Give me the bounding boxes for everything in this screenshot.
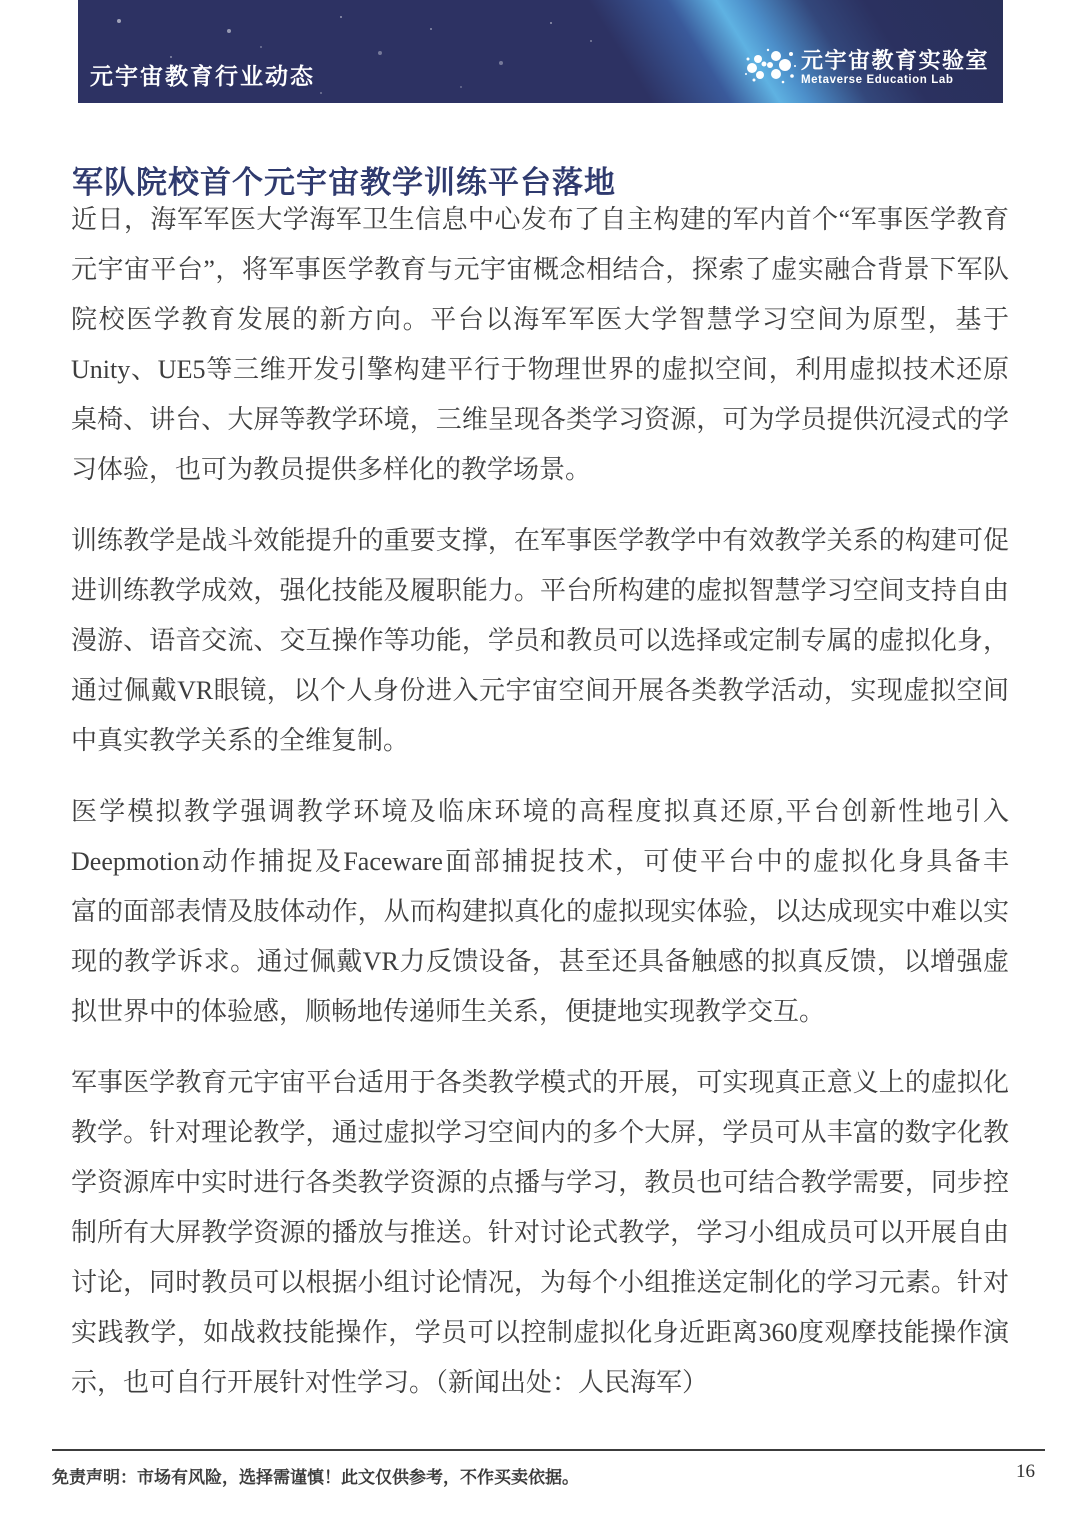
text-line: 元宇宙平台”，将军事医学教育与元宇宙概念相结合，探索了虚实融合背景下军队 [71, 245, 1009, 295]
text-line: 中真实教学关系的全维复制。 [71, 716, 1009, 766]
paragraph: 医学模拟教学强调教学环境及临床环境的高程度拟真还原,平台创新性地引入Deepmo… [71, 787, 1009, 1037]
article-body: 近日，海军军医大学海军卫生信息中心发布了自主构建的军内首个“军事医学教育元宇宙平… [71, 195, 1009, 1429]
paragraph: 近日，海军军医大学海军卫生信息中心发布了自主构建的军内首个“军事医学教育元宇宙平… [71, 195, 1009, 495]
text-line: 桌椅、讲台、大屏等教学环境，三维呈现各类学习资源，可为学员提供沉浸式的学 [71, 395, 1009, 445]
text-line: 学资源库中实时进行各类教学资源的点播与学习，教员也可结合教学需要，同步控 [71, 1158, 1009, 1208]
text-line: 制所有大屏教学资源的播放与推送。针对讨论式教学，学习小组成员可以开展自由 [71, 1208, 1009, 1258]
logo-name-en: Metaverse Education Lab [801, 75, 989, 87]
footer-disclaimer: 免责声明：市场有风险，选择需谨慎！此文仅供参考，不作买卖依据。 [52, 1463, 579, 1488]
text-line: 医学模拟教学强调教学环境及临床环境的高程度拟真还原,平台创新性地引入 [71, 787, 1009, 837]
header-banner: 元宇宙教育行业动态 [78, 0, 1003, 103]
header-section-label: 元宇宙教育行业动态 [90, 58, 315, 91]
text-line: 富的面部表情及肢体动作，从而构建拟真化的虚拟现实体验，以达成现实中难以实 [71, 887, 1009, 937]
text-line: 近日，海军军医大学海军卫生信息中心发布了自主构建的军内首个“军事医学教育 [71, 195, 1009, 245]
stars-decoration [78, 0, 80, 2]
text-line: 进训练教学成效，强化技能及履职能力。平台所构建的虚拟智慧学习空间支持自由 [71, 566, 1009, 616]
paragraph: 军事医学教育元宇宙平台适用于各类教学模式的开展，可实现真正意义上的虚拟化教学。针… [71, 1058, 1009, 1408]
footer-page-number: 16 [1016, 1461, 1035, 1483]
text-line: 拟世界中的体验感，顺畅地传递师生关系，便捷地实现教学交互。 [71, 987, 1009, 1037]
text-line: 教学。针对理论教学，通过虚拟学习空间内的多个大屏，学员可从丰富的数字化教 [71, 1108, 1009, 1158]
text-line: 院校医学教育发展的新方向。平台以海军军医大学智慧学习空间为原型，基于 [71, 295, 1009, 345]
text-line: 训练教学是战斗效能提升的重要支撑，在军事医学教学中有效教学关系的构建可促 [71, 516, 1009, 566]
text-line: 实践教学，如战救技能操作，学员可以控制虚拟化身近距离360度观摩技能操作演 [71, 1308, 1009, 1358]
text-line: 习体验，也可为教员提供多样化的教学场景。 [71, 445, 1009, 495]
logo: 元宇宙教育实验室 Metaverse Education Lab [745, 45, 989, 91]
text-line: 现的教学诉求。通过佩戴VR力反馈设备，甚至还具备触感的拟真反馈，以增强虚 [71, 937, 1009, 987]
text-line: Unity、UE5等三维开发引擎构建平行于物理世界的虚拟空间，利用虚拟技术还原 [71, 345, 1009, 395]
text-line: 示，也可自行开展针对性学习。（新闻出处：人民海军） [71, 1358, 1009, 1408]
paragraph: 训练教学是战斗效能提升的重要支撑，在军事医学教学中有效教学关系的构建可促进训练教… [71, 516, 1009, 766]
logo-text: 元宇宙教育实验室 Metaverse Education Lab [801, 50, 989, 87]
footer-divider [52, 1449, 1045, 1451]
text-line: 讨论，同时教员可以根据小组讨论情况，为每个小组推送定制化的学习元素。针对 [71, 1258, 1009, 1308]
text-line: 漫游、语音交流、交互操作等功能，学员和教员可以选择或定制专属的虚拟化身， [71, 616, 1009, 666]
text-line: 军事医学教育元宇宙平台适用于各类教学模式的开展，可实现真正意义上的虚拟化 [71, 1058, 1009, 1108]
text-line: 通过佩戴VR眼镜，以个人身份进入元宇宙空间开展各类教学活动，实现虚拟空间 [71, 666, 1009, 716]
logo-dots-cluster-icon [745, 45, 797, 91]
logo-name-cn: 元宇宙教育实验室 [801, 50, 989, 72]
text-line: Deepmotion动作捕捉及Faceware面部捕捉技术，可使平台中的虚拟化身… [71, 837, 1009, 887]
